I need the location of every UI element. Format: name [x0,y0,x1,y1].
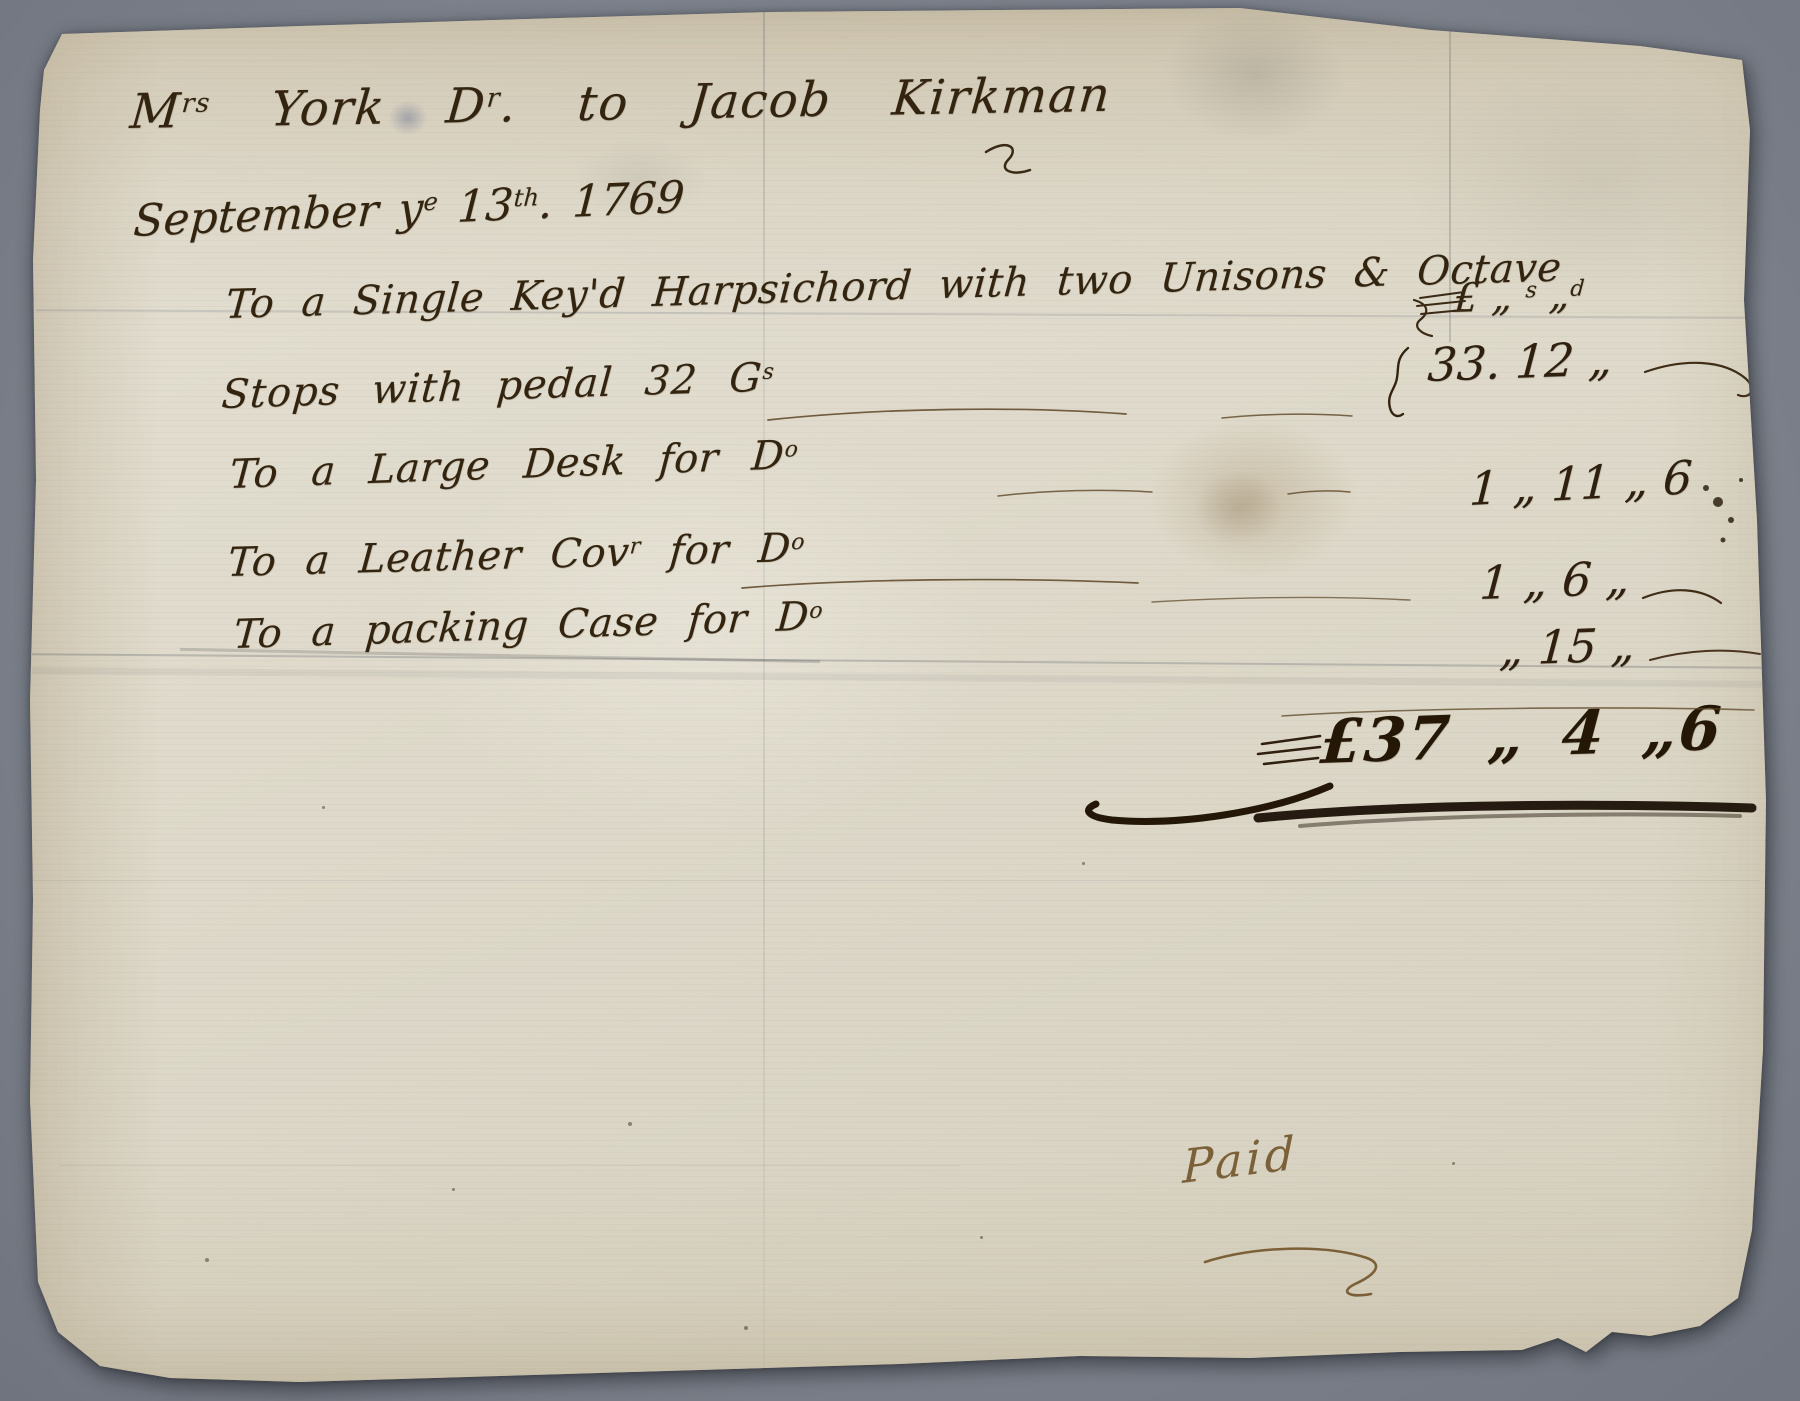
dash-row3-long [742,580,1138,588]
vertical-fold-center [763,10,765,1390]
paper-speck [452,1188,455,1191]
pound-total-strokes [1258,736,1320,764]
amount-desk: 1 „ 11 „ 6 [1468,450,1694,516]
item-harpsichord-line2: Stops with pedal 32 Gs [220,354,776,418]
photo-backdrop: Mrs York Dr. to Jacob Kirkman September … [0,0,1800,1401]
title-flourish [986,145,1030,172]
date-line: September ye 13th. 1769 [132,172,686,247]
amount-leather-cover: 1 „ 6 „ [1478,551,1632,610]
ink-splatter [1703,478,1743,543]
item-leather-cover: To a Leather Covr for Do [226,525,806,586]
swash-after-33-12 [1645,363,1751,396]
paper-speck [980,1236,983,1239]
item-harpsichord-line1: To a Single Key'd Harpsichord with two U… [224,245,1563,328]
amount-packing-case: „ 15 „ [1498,617,1637,676]
brace-before-amount [1389,348,1408,416]
paid-annotation: Paid [1182,1125,1299,1194]
debtor-header: Mrs York Dr. to Jacob Kirkman [128,67,1114,140]
paper-speck [205,1258,209,1262]
paper-speck [744,1326,748,1330]
dash-row2-right [1288,491,1350,494]
paper-speck [628,1122,632,1126]
total-underline-heavy [1258,805,1752,818]
paper-speck [1082,862,1085,865]
dash-after-15 [1650,651,1760,660]
paper-shadow-wrap: Mrs York Dr. to Jacob Kirkman September … [0,0,1800,1401]
paper-speck [1452,1162,1455,1165]
paid-squiggle [1205,1249,1376,1296]
dash-row1-long [768,409,1126,420]
dash-row3-right [1152,598,1410,602]
item-desk: To a Large Desk for Do [228,432,800,498]
item-packing-case: To a packing Case for Do [232,593,824,658]
swash-after-1-6 [1643,590,1721,603]
dash-row2-left [998,490,1152,496]
horizontal-crease-bottom [60,1165,960,1166]
total-amount: £37 „ 4 „6 [1318,694,1725,778]
total-left-swash [1089,786,1330,821]
currency-column-header: £ „ s „d [1452,271,1586,322]
brace-after-octave [1414,300,1432,336]
horizontal-crease-lower [30,880,1760,881]
amount-harpsichord: 33. 12 „ [1426,331,1614,392]
paper-speck [322,806,325,809]
total-underline-echo [1300,814,1740,826]
receipt-paper: Mrs York Dr. to Jacob Kirkman September … [0,0,1800,1401]
dash-row1-right [1222,414,1352,418]
